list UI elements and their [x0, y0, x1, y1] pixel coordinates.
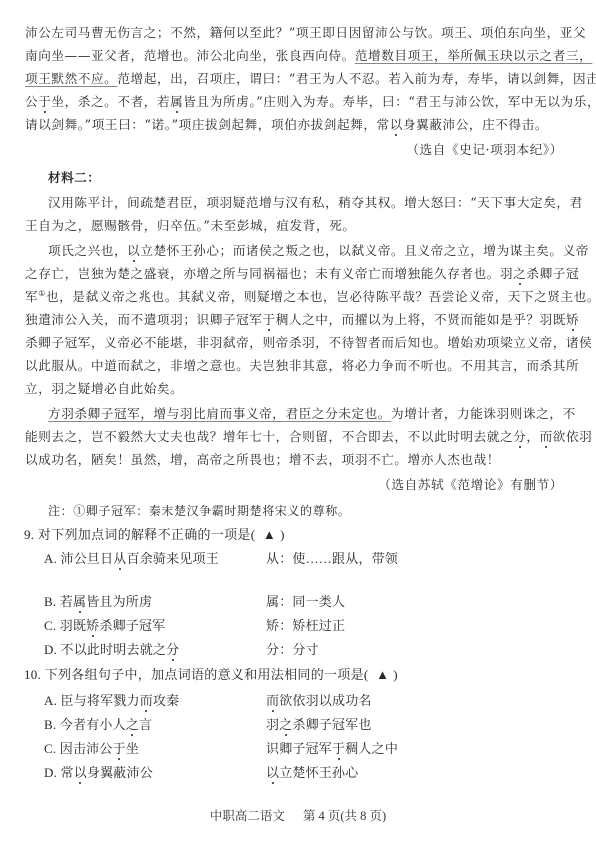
passage-text: 立楚怀王孙心；而诸侯之叛之也，以弑义帝。且义帝之立，增为谋主矣。义帝 [140, 243, 589, 258]
question-text: 9. 对下列加点词的解释不正确的一项是( [24, 527, 255, 542]
source-citation: （选自苏轼《范增论》有删节） [25, 477, 563, 493]
dotted-word: 以 [127, 243, 140, 258]
dotted-word: 分 [166, 642, 179, 657]
passage-text: 请以剑舞。”项王曰：“诺。”项庄拔剑起舞，项伯亦拔剑起舞，常 [25, 117, 390, 132]
underlined-sentence: 方羽杀卿子冠军，增与羽比肩而事义帝，君臣之分未定也。 [48, 406, 391, 421]
page-footer: 中职高二语文第 4 页(共 8 页) [0, 806, 596, 824]
dotted-word: 之 [513, 266, 526, 281]
passage-line: 杀卿子冠军，义帝必不能堪，非羽弑帝，则帝杀羽，不待智者而后知也。增始劝项梁立义帝… [25, 335, 563, 351]
passage-text: 公 [25, 94, 38, 109]
passage-text: 杀卿子冠 [526, 266, 579, 281]
dotted-word: 而 [140, 693, 153, 708]
passage-line: 以此服从。中道而弑之，非增之意也。夫岂独非其意，将必力争而不听也。不用其言，而杀… [25, 358, 563, 374]
passage-text: 稠人之中，而擢以为上将，不贤而能如是乎？羽既 [276, 312, 566, 327]
passage-line: 王自为之，愿赐骸骨，归卒伍。”未至彭城，疽发背，死。 [25, 218, 563, 234]
passage-line: 沛公左司马曹无伤言之；不然，籍何以至此？”项王即日因留沛公与饮。项王、项伯东向坐… [25, 25, 563, 41]
dotted-word: 分 [513, 429, 526, 444]
passage-line: 独遣沛公入关，而不遣项羽；识卿子冠军于稠人之中，而擢以为上将，不贤而能如是乎？羽… [25, 312, 563, 328]
passage-line: 项氏之兴也，以立楚怀王孙心；而诸侯之叛之也，以弑义帝。且义帝之立，增为谋主矣。义… [48, 243, 563, 259]
passage-text: 皆且为所虏。”庄则入为寿。寿毕，曰：“君王与沛公饮，军中无以为乐， [183, 94, 596, 109]
passage-text: 范增起，出，召项庄，谓曰：“君王为人不忍。若入前为寿，寿毕，请以剑舞，因击沛 [117, 71, 596, 86]
dotted-word: 于 [263, 312, 276, 327]
footer-subject: 中职高二语文 [210, 809, 285, 823]
passage-line: 立，羽之疑增必自此始矣。 [25, 381, 563, 397]
option-explanation: 矫：矫枉过正 [266, 618, 345, 634]
passage-line: 军①也，是弑义帝之兆也。其弑义帝，则疑增之本也，岂必待陈平哉？吾尝论义帝，天下之… [25, 289, 563, 305]
question-10-stem: 10. 下列各组句子中，加点词语的意义和用法相同的一项是( ▲) [24, 667, 562, 683]
passage-text: 坐，杀之。不者，若 [51, 94, 170, 109]
question-9-stem: 9. 对下列加点词的解释不正确的一项是( ▲) [24, 527, 562, 543]
passage-line: 南向坐——亚父者，范增也。沛公北向坐，张良西向侍。范增数目项王，举所佩玉玦以示之… [25, 48, 563, 64]
underlined-sentence: 项王默然不应。 [25, 71, 117, 86]
dotted-word: 属 [73, 594, 86, 609]
footnote: 注：①卿子冠军：秦末楚汉争霸时期楚将宋义的尊称。 [48, 503, 563, 519]
section-heading: 材料二： [48, 170, 563, 186]
exam-page: 沛公左司马曹无伤言之；不然，籍何以至此？”项王即日因留沛公与饮。项王、项伯东向坐… [0, 0, 596, 845]
passage-line: 公于坐，杀之。不者，若属皆且为所虏。”庄则入为寿。寿毕，曰：“君王与沛公饮，军中… [25, 94, 563, 110]
passage-line: 方羽杀卿子冠军，增与羽比肩而事义帝，君臣之分未定也。为增计者，力能诛羽则诛之，不 [48, 406, 563, 422]
dotted-word: 于 [38, 94, 51, 109]
passage-text: 南向坐——亚父者，范增也。沛公北向坐，张良西向侍。 [25, 48, 355, 63]
answer-mark-triangle-icon: ▲ [376, 667, 389, 682]
dotted-word: 矫 [566, 312, 579, 327]
dotted-word: 矫 [86, 618, 99, 633]
dotted-word: 而 [540, 429, 553, 444]
dotted-word: 之 [279, 717, 292, 732]
footnote-marker: ① [38, 289, 46, 298]
dotted-word: 于 [332, 741, 345, 756]
dotted-word: 于 [113, 741, 126, 756]
source-citation: （选自《史记·项羽本纪》） [25, 142, 563, 158]
dotted-word: 以 [390, 117, 403, 132]
passage-line: 以成功名，陋矣！虽然，增，高帝之所畏也；增不去，项羽不亡。增亦人杰也哉！ [25, 452, 563, 468]
answer-mark-triangle-icon: ▲ [263, 527, 276, 542]
passage-line: 请以剑舞。”项王曰：“诺。”项庄拔剑起舞，项伯亦拔剑起舞，常以身翼蔽沛公，庄不得… [25, 117, 563, 133]
question-text: ) [393, 667, 398, 682]
option-explanation: 属：同一类人 [266, 594, 345, 610]
dotted-word: 以 [266, 765, 279, 780]
passage-line: 能则去之，岂不毅然大丈夫也哉？增年七十，合则留，不合即去，不以此时明去就之分，而… [25, 429, 563, 445]
dotted-word: 属 [170, 94, 183, 109]
footer-page-number: 第 4 页(共 8 页) [303, 809, 386, 823]
passage-line: 项王默然不应。范增起，出，召项庄，谓曰：“君王为人不忍。若入前为寿，寿毕，请以剑… [25, 71, 563, 87]
passage-text: 为增计者，力能诛羽则诛之，不 [391, 406, 576, 421]
passage-text: 独遣沛公入关，而不遣项羽；识卿子冠军 [25, 312, 263, 327]
passage-text: 欲依羽 [553, 429, 593, 444]
passage-text: 也，是弑义帝之兆也。其弑义帝，则疑增之本也，岂必待陈平哉？吾尝论义帝，天下之贤主… [46, 289, 596, 304]
passage-line: 汉用陈平计，间疏楚君臣，项羽疑范增与汉有私，稍夺其权。增大怒曰：“天下事大定矣，… [48, 195, 563, 211]
passage-text: 之存亡，岂独为楚之盛衰，亦增之所与同祸福也；未有义帝亡而增独能久存者也。羽 [25, 266, 513, 281]
question-text: 10. 下列各组句子中，加点词语的意义和用法相同的一项是( [24, 667, 369, 682]
dotted-word: 以 [74, 765, 87, 780]
question-text: ) [280, 527, 285, 542]
option-explanation: 分：分寸 [266, 642, 319, 658]
passage-text: 军 [25, 289, 38, 304]
passage-text: 项氏之兴也， [48, 243, 127, 258]
underlined-sentence: 范增数目项王，举所佩玉玦以示之者三， [355, 48, 593, 63]
passage-line: 之存亡，岂独为楚之盛衰，亦增之所与同祸福也；未有义帝亡而增独能久存者也。羽之杀卿… [25, 266, 563, 282]
passage-text: ， [526, 429, 539, 444]
dotted-word: 之 [126, 717, 139, 732]
passage-text: 身翼蔽沛公，庄不得击。 [403, 117, 548, 132]
dotted-word: 而 [266, 693, 279, 708]
passage-text: 能则去之，岂不毅然大丈夫也哉？增年七十，合则留，不合即去，不以此时明去就之 [25, 429, 513, 444]
option-explanation: 从：使……跟从，带领 [266, 551, 398, 567]
dotted-word: 从 [113, 551, 126, 566]
